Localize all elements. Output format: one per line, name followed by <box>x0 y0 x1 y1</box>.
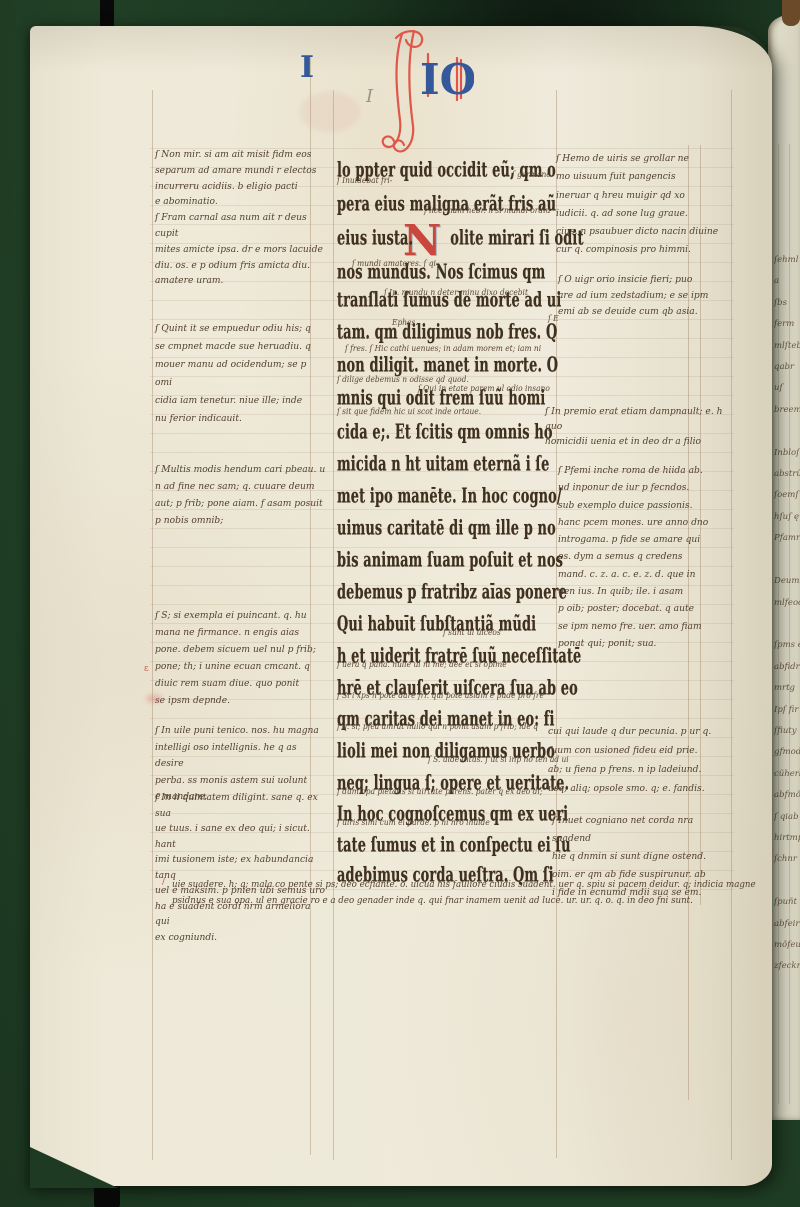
interlinear-gloss: ſ q. si; pfea amrat nullo qui n ponit as… <box>337 722 538 732</box>
marginal-gloss-left: ſ S; si exempla ei puincant. q. hu mana … <box>155 607 326 709</box>
interlinear-gloss: ſ Qui in etate parem ul odio insano <box>418 384 550 394</box>
main-text-line: uimus caritatē di qm ille p no <box>337 516 556 540</box>
main-text-line: micida n ht uitam eternã i ſe <box>337 452 549 476</box>
binding-edge <box>782 0 800 26</box>
interlinear-gloss: ſ sunt ul uiceos <box>443 628 501 638</box>
interlinear-gloss: ſ mundi amatores. ſ qi <box>352 259 436 269</box>
marginal-gloss-right: ſ Hemo de uiris se grollar ne mo uisuum … <box>556 150 727 260</box>
marginal-gloss-right: ſ O uigr orio insicie fieri; puo are ad … <box>558 272 729 320</box>
running-title: IO <box>420 55 474 104</box>
next-folio-edge: ſehml a ſbs ferm mlſtebſ qabr uſ breem I… <box>768 14 800 1120</box>
red-ink-offset <box>300 92 360 132</box>
interlinear-gloss: ſ licet nam hebr. n si mundi ordiu <box>424 206 550 216</box>
interlinear-gloss: ſ Ip. mundu n deter minu dixo decebit <box>384 288 528 298</box>
interlinear-gloss: ſ fres. ſ Hic cathi uenues; in adam more… <box>345 344 541 354</box>
main-text-line: met ipo manēte. In hoc cogno/ <box>337 484 562 508</box>
marginal-gloss-left: ſ Quint it se empuedur odiu his; q se cm… <box>155 320 326 428</box>
bottom-gloss-line: psidnus e sua opa. ul en gracie ro e a d… <box>172 896 710 906</box>
folio-numeral: I <box>300 50 314 85</box>
main-text-line: non diligit. manet in morte. O <box>337 353 558 377</box>
interlinear-gloss: ſ uera q pana. nulle ul ni me; dee et si… <box>337 660 507 670</box>
pink-ink-smudge <box>146 694 162 703</box>
bottom-gloss-line: uie suadere. h; q; mala co pente si ps; … <box>172 880 710 890</box>
red-slash-mark: ∕ <box>162 877 165 887</box>
interlinear-gloss: Ephes. <box>392 318 418 328</box>
main-text-line: Qui habuīt ſubſtantiã mũdi <box>337 612 536 636</box>
marginal-gloss-left: ſ In ii quintatem diligint. sane q. ex s… <box>155 790 328 945</box>
main-text-line: debemus p fratribz aīas ponere <box>337 580 567 604</box>
main-text-line: cida e;. Et ſcitis qm omnis ho <box>337 420 553 444</box>
next-folio-clipped-text: ſehml a ſbs ferm mlſtebſ qabr uſ breem I… <box>774 250 800 980</box>
interlinear-gloss: ſ sit que fidem hic ui scot inde ortaue. <box>337 407 481 417</box>
main-text-line: tam. qm diligimus nob fres. Q <box>337 320 557 344</box>
main-text-line: tate ſumus et in conſpectu ei ſu <box>337 833 571 857</box>
marginal-gloss-left: ſ Multis modis hendum cari pbeau. u n ad… <box>155 461 326 529</box>
interlinear-gloss: ſ dum opa pietatis si uirtute parens. pa… <box>337 787 542 797</box>
main-text-line: bis animam ſuam poſuit et nos <box>337 548 563 572</box>
marginal-gloss-right: ſ In premio erat etiam dampnault; e. h q… <box>545 404 733 449</box>
interlinear-gloss: ſ Si i xps n pote dare fri. qui pote asi… <box>337 691 544 701</box>
main-text-line: eius iusta. olite mirari ſi odit <box>337 226 584 250</box>
running-title-penwork: IO <box>344 24 474 163</box>
red-margin-mark: ε <box>144 664 149 674</box>
interlinear-gloss: ſ uiris simi cum ei parde. p ni nro inui… <box>337 818 490 828</box>
marginal-gloss-left: ſ Non mir. si am ait misit fidm eos sepa… <box>155 147 326 289</box>
marginal-gloss-right: cui qui laude q dur pecunia. p ur q. fuu… <box>548 722 727 798</box>
marginal-gloss-right: ſ Pfemi inche roma de hiida ab. ud inpon… <box>558 462 729 652</box>
manuscript-photo: ſehml a ſbs ferm mlſtebſ qabr uſ breem I… <box>0 0 800 1207</box>
interlinear-gloss: ſ germane <box>512 170 551 180</box>
interlinear-gloss: ſ Inuidebat fri- <box>337 176 392 186</box>
